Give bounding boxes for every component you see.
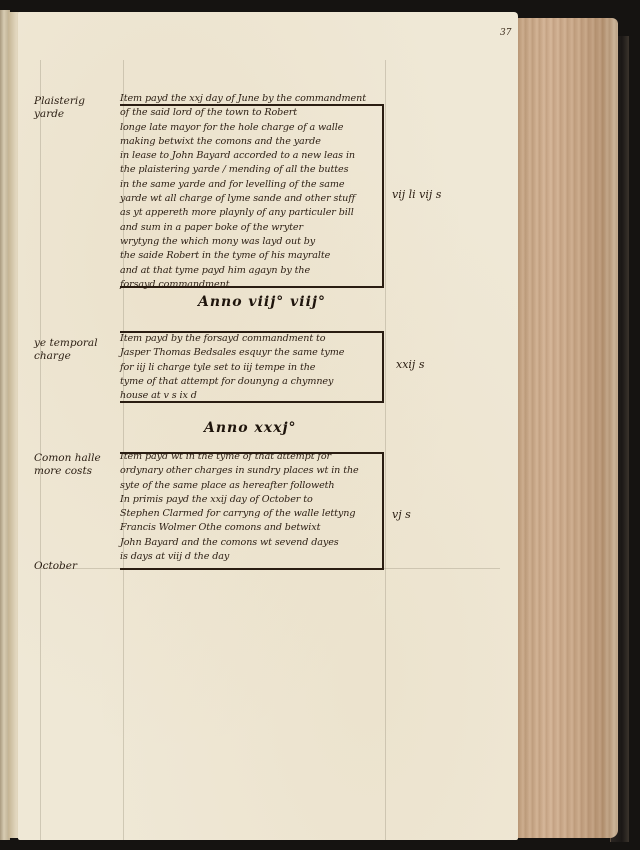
margin-note-october: October [34, 560, 77, 573]
margin-note-line: Comon halle [34, 452, 101, 465]
margin-note-line: more costs [34, 465, 101, 478]
ruling-line-amount [385, 60, 386, 840]
year-heading-2: Anno xxxj° [204, 420, 297, 436]
margin-note-line: charge [34, 350, 98, 363]
margin-note-line: ye temporal [34, 337, 98, 350]
year-heading-1: Anno viij° viij° [198, 294, 326, 310]
margin-note-1: Plaisterig yarde [34, 95, 85, 121]
page-fore-edge [518, 18, 618, 838]
entry-amount-2: xxij s [396, 358, 424, 371]
margin-note-2: ye temporal charge [34, 337, 98, 363]
folio-number: 37 [500, 28, 511, 38]
entry-text-3: Item payd wt in the tyme of that attempt… [120, 450, 359, 564]
margin-note-3: Comon halle more costs [34, 452, 101, 478]
entry-amount-3: vj s [392, 508, 411, 521]
ruling-line-left [40, 60, 41, 840]
entry-text-2: Item payd by the forsayd commandment to … [120, 332, 344, 403]
entry-text-1: Item payd the xxj day of June by the com… [120, 92, 366, 292]
entry-amount-1: vij li vij s [392, 188, 441, 201]
margin-note-line: yarde [34, 108, 85, 121]
margin-note-line: Plaisterig [34, 95, 85, 108]
